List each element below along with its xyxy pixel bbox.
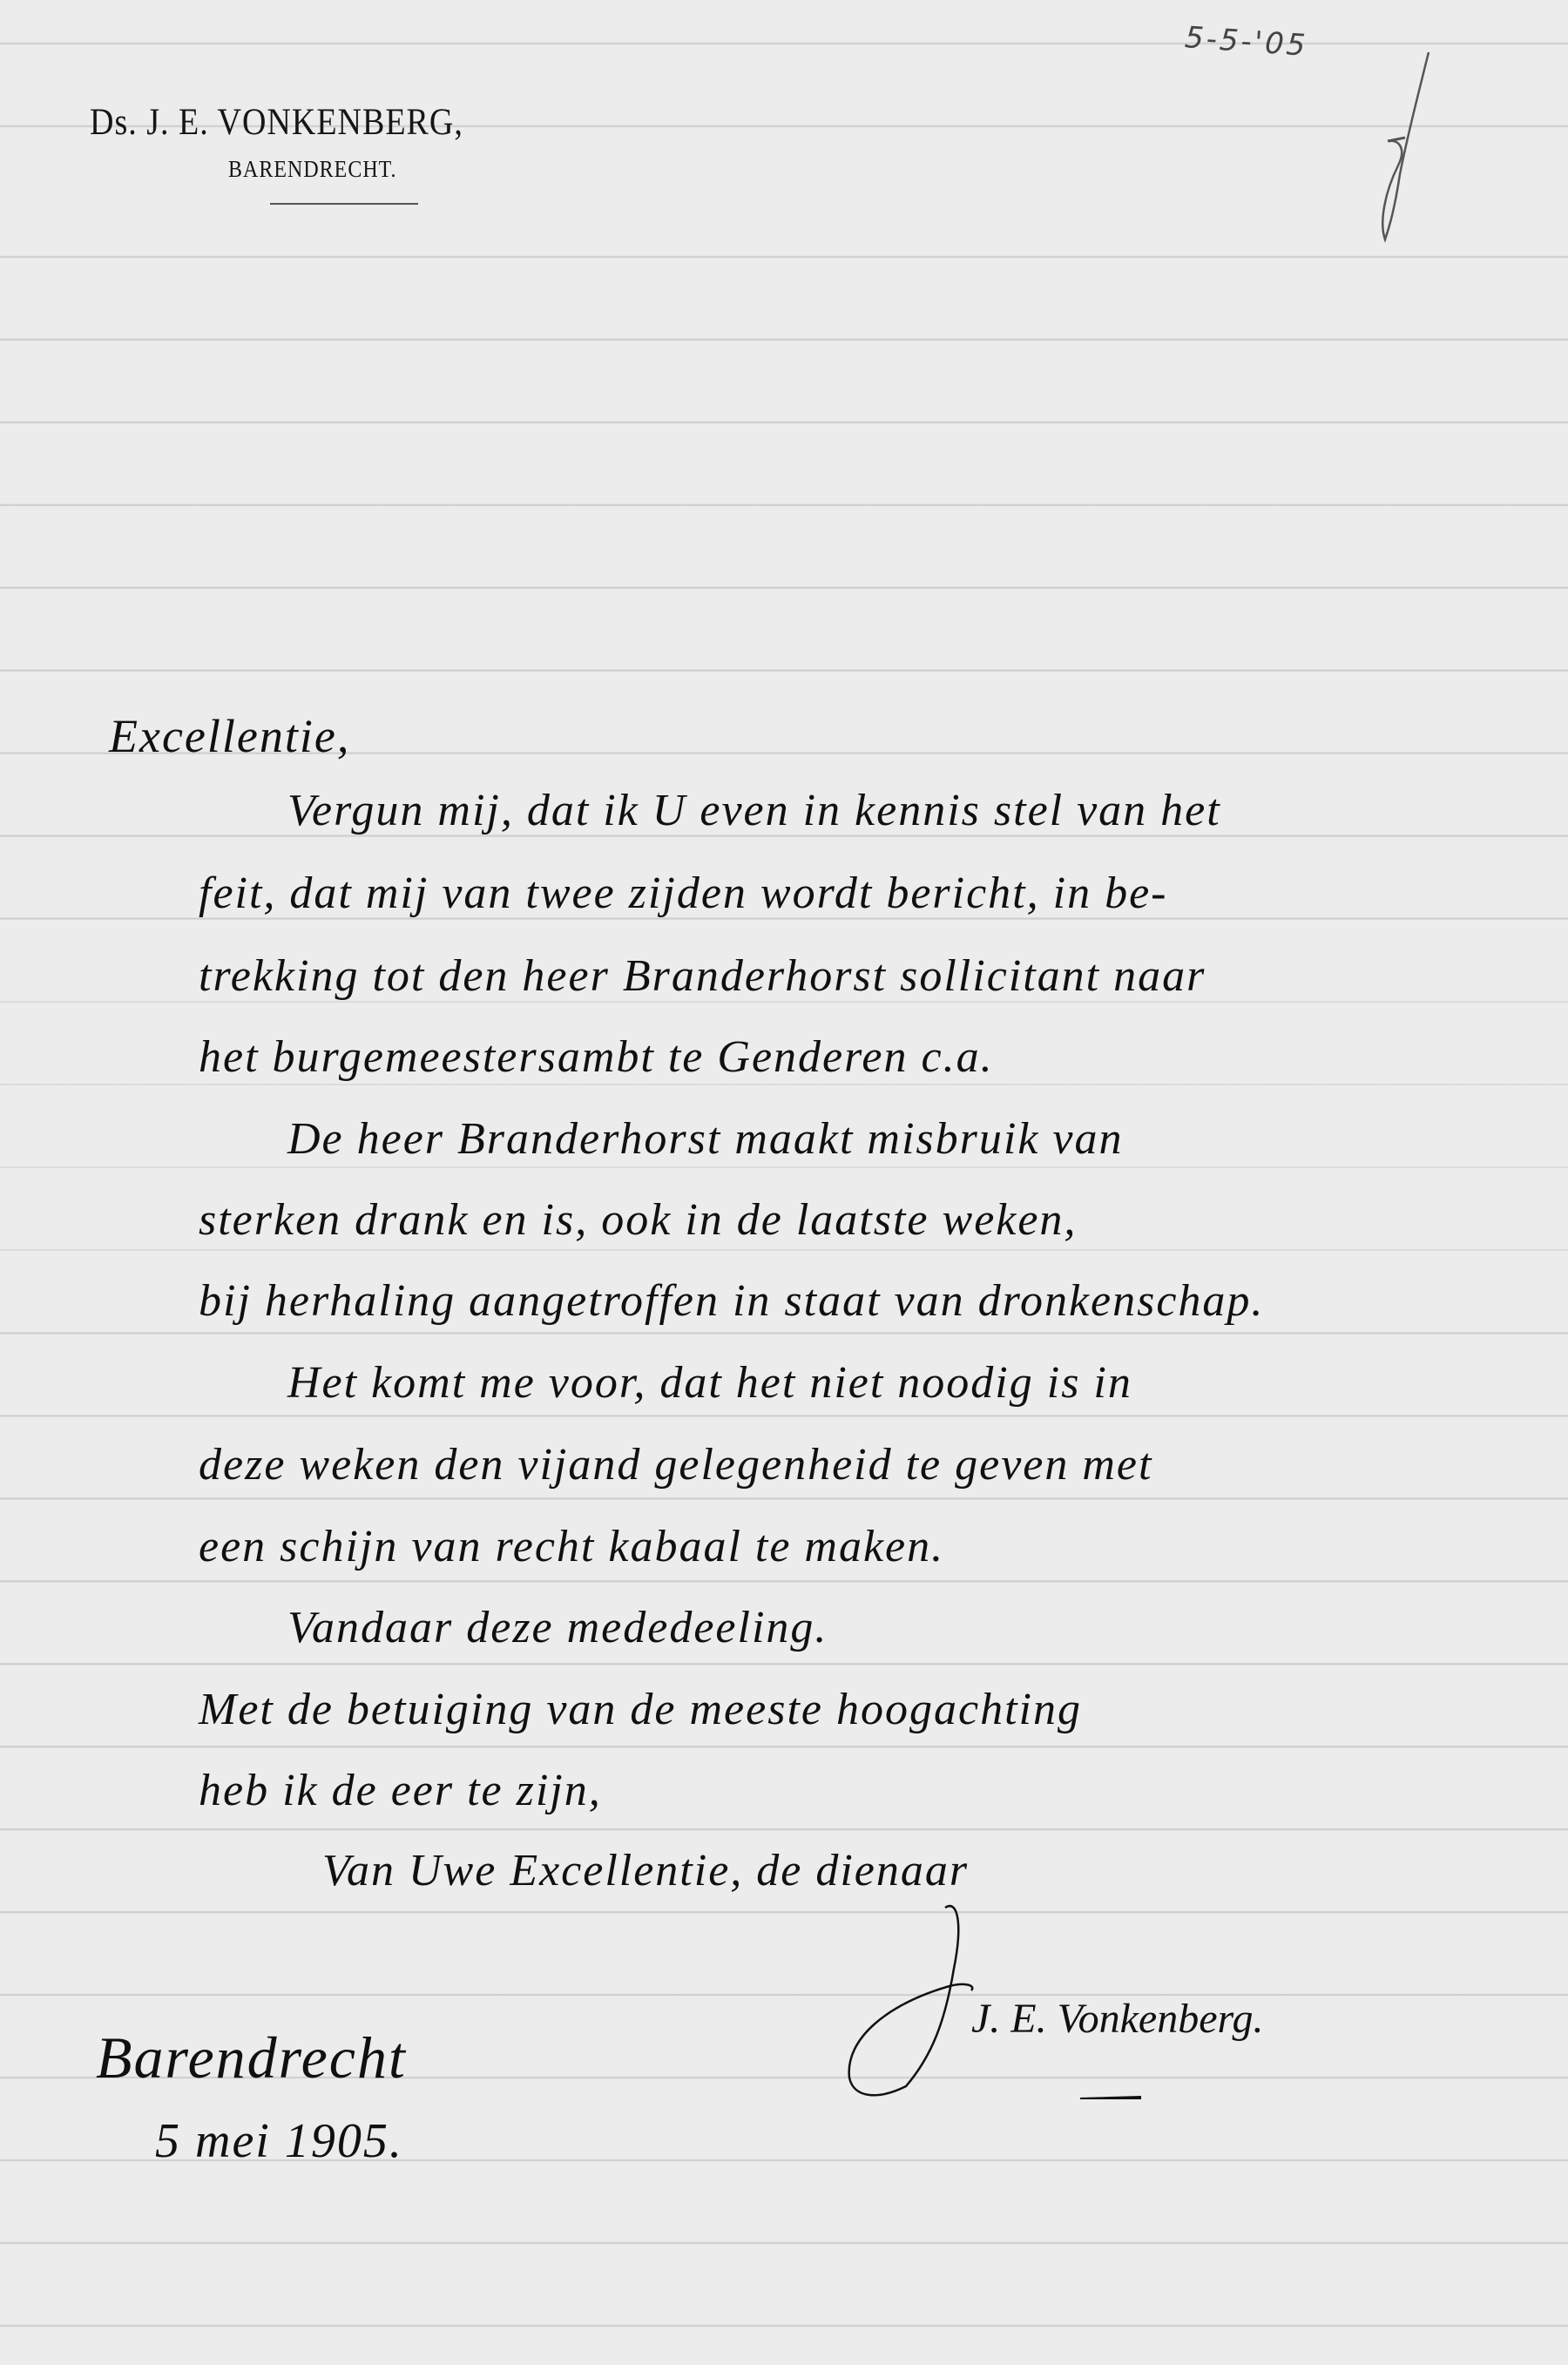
closing-place: Barendrecht: [96, 2028, 407, 2087]
letterhead-place: BARENDRECHT.: [228, 157, 397, 184]
letterhead-name: Ds. J. E. VONKENBERG,: [90, 100, 463, 145]
letter-line: feit, dat mij van twee zijden wordt beri…: [199, 871, 1167, 916]
letter-line: een schijn van recht kabaal te maken.: [199, 1524, 944, 1570]
salutation: Excellentie,: [109, 713, 350, 760]
letter-line: Vandaar deze mededeeling.: [287, 1605, 828, 1651]
letter-line: sterken drank en is, ook in de laatste w…: [199, 1198, 1077, 1243]
archive-date-note: 5-5-'05: [1184, 20, 1309, 64]
letter-line: het burgemeestersambt te Genderen c.a.: [199, 1035, 994, 1080]
letter-line: deze weken den vijand gelegenheid te gev…: [199, 1443, 1152, 1488]
signature: J. E. Vonkenberg.: [971, 1995, 1263, 2043]
letter-line: bij herhaling aangetroffen in staat van …: [199, 1279, 1264, 1324]
letterhead-divider: [270, 203, 418, 205]
letter-line: Van Uwe Excellentie, de dienaar: [322, 1848, 969, 1894]
letter-line: heb ik de eer te zijn,: [199, 1768, 602, 1814]
letter-line: trekking tot den heer Branderhorst solli…: [199, 954, 1206, 999]
letter-line: Het komt me voor, dat het niet noodig is…: [287, 1361, 1132, 1406]
letter-line: Vergun mij, dat ik U even in kennis stel…: [287, 788, 1221, 834]
letter-line: De heer Branderhorst maakt misbruik van: [287, 1117, 1124, 1162]
closing-date: 5 mei 1905.: [155, 2117, 403, 2166]
letter-line: Met de betuiging van de meeste hoogachti…: [199, 1687, 1082, 1733]
archive-mark-icon: [1346, 35, 1433, 244]
